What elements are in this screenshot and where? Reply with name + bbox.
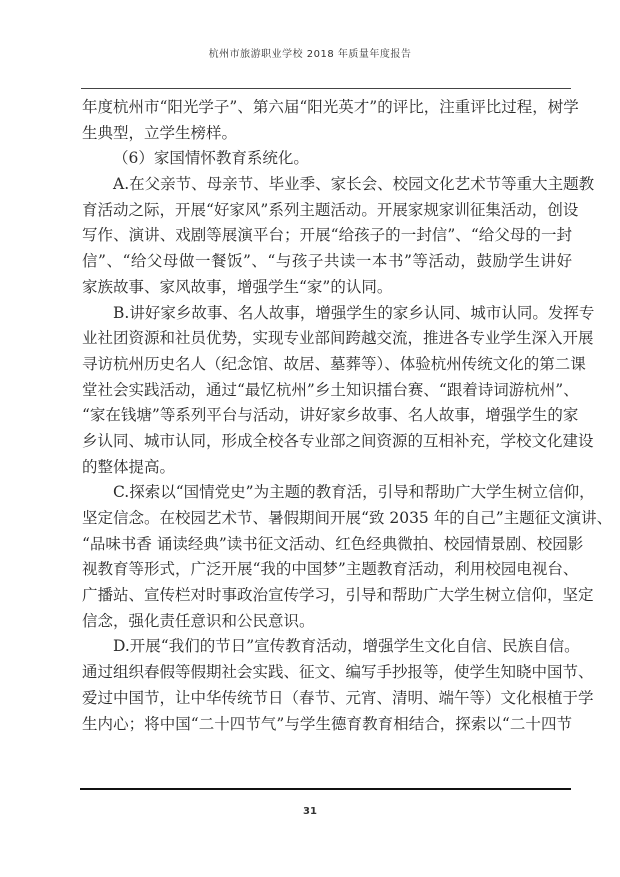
text-line: D.开展“我们的节日”宣传教育活动，增强学生文化自信、民族自信。 xyxy=(82,634,572,660)
text-line: B.讲好家乡故事、名人故事，增强学生的家乡认同、城市认同。发挥专 xyxy=(82,301,572,327)
text-line: “家在钱塘”等系列平台与活动，讲好家乡故事、名人故事，增强学生的家 xyxy=(82,403,572,429)
text-line: 坚定信念。在校园艺术节、暑假期间开展“致 2035 年的自己”主题征文演讲、 xyxy=(82,506,572,532)
header-rule xyxy=(81,88,571,89)
text-line: 信念，强化责任意识和公民意识。 xyxy=(82,609,572,635)
running-header: 杭州市旅游职业学校 2018 年质量年度报告 xyxy=(0,45,620,60)
text-line: 视教育等形式，广泛开展“我的中国梦”主题教育活动，利用校园电视台、 xyxy=(82,557,572,583)
text-line: 通过组织春假等假期社会实践、征文、编写手抄报等，使学生知晓中国节、 xyxy=(82,660,572,686)
text-line: 育活动之际，开展“好家风”系列主题活动。开展家规家训征集活动，创设 xyxy=(82,198,572,224)
text-line: “品味书香 诵读经典”读书征文活动、红色经典微拍、校园情景剧、校园影 xyxy=(82,532,572,558)
text-line: 爱过中国节，让中华传统节日（春节、元宵、清明、端午等）文化根植于学 xyxy=(82,686,572,712)
text-line: 生内心；将中国“二十四节气”与学生德育教育相结合，探索以“二十四节 xyxy=(82,712,572,738)
page-number: 31 xyxy=(0,806,620,817)
text-line: 堂社会实践活动，通过“最忆杭州”乡土知识擂台赛、“跟着诗词游杭州”、 xyxy=(82,378,572,404)
section-heading: （6）家国情怀教育系统化。 xyxy=(82,146,572,172)
footer-rule xyxy=(80,788,571,790)
text-line: A.在父亲节、母亲节、毕业季、家长会、校园文化艺术节等重大主题教 xyxy=(82,172,572,198)
text-line: C.探索以“国情党史”为主题的教育活，引导和帮助广大学生树立信仰， xyxy=(82,480,572,506)
body-text: 年度杭州市“阳光学子”、第六届“阳光英才”的评比，注重评比过程，树学生典型，立学… xyxy=(82,95,572,737)
text-line: 乡认同、城市认同，形成全校各专业部之间资源的互相补充，学校文化建设 xyxy=(82,429,572,455)
text-line: 信”、“给父母做一餐饭”、“与孩子共读一本书”等活动，鼓励学生讲好 xyxy=(82,249,572,275)
text-line: 的整体提高。 xyxy=(82,455,572,481)
document-page: 杭州市旅游职业学校 2018 年质量年度报告 年度杭州市“阳光学子”、第六届“阳… xyxy=(0,0,620,877)
text-line: 广播站、宣传栏对时事政治宣传学习，引导和帮助广大学生树立信仰，坚定 xyxy=(82,583,572,609)
text-line: 生典型，立学生榜样。 xyxy=(82,121,572,147)
text-line: 年度杭州市“阳光学子”、第六届“阳光英才”的评比，注重评比过程，树学 xyxy=(82,95,572,121)
text-line: 业社团资源和社员优势，实现专业部间跨越交流，推进各专业学生深入开展 xyxy=(82,326,572,352)
text-line: 寻访杭州历史名人（纪念馆、故居、墓葬等）、体验杭州传统文化的第二课 xyxy=(82,352,572,378)
text-line: 家族故事、家风故事，增强学生“家”的认同。 xyxy=(82,275,572,301)
text-line: 写作、演讲、戏剧等展演平台；开展“给孩子的一封信”、“给父母的一封 xyxy=(82,223,572,249)
